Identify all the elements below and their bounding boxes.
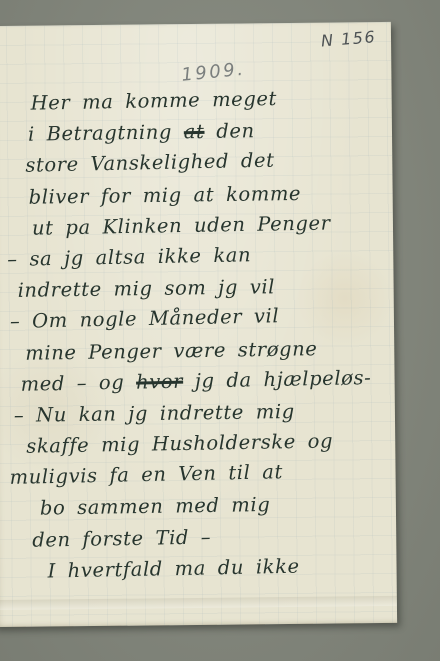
- handwriting-text: – Om nogle Måneder vil: [10, 305, 280, 334]
- handwriting-body: Her ma komme megeti Betragtning at denst…: [0, 84, 393, 587]
- letter-page: N 156 1909. Her ma komme megeti Betragtn…: [0, 22, 397, 627]
- handwriting-text: i Betragtning: [28, 120, 184, 145]
- struck-word: hvor: [136, 369, 183, 393]
- handwriting-text: bliver for mig at komme: [28, 181, 301, 208]
- handwriting-text: jg da hjælpeløs-: [183, 366, 372, 393]
- handwriting-text: Her ma komme meget: [30, 87, 277, 115]
- handwriting-text: bo sammen med mig: [40, 493, 271, 520]
- handwriting-text: indrette mig som jg vil: [17, 275, 275, 302]
- handwriting-text: den forste Tid –: [32, 525, 211, 551]
- handwriting-text: mine Penger være strøgne: [25, 337, 318, 365]
- date-annotation: 1909.: [180, 59, 246, 86]
- handwriting-line: – Om nogle Måneder vil: [10, 298, 391, 337]
- paper-crease: [0, 596, 397, 610]
- catalog-number: N 156: [320, 27, 376, 50]
- struck-word: at: [184, 120, 205, 143]
- handwriting-line: – sa jg altsa ikke kan: [7, 237, 390, 276]
- handwriting-line: I hvertfald ma du ikke: [47, 549, 393, 587]
- handwriting-text: muligvis fa en Ven til at: [9, 460, 283, 489]
- handwriting-text: den: [204, 119, 255, 143]
- handwriting-text: med – og: [20, 370, 136, 395]
- handwriting-text: – sa jg altsa ikke kan: [7, 243, 251, 271]
- handwriting-text: skaffe mig Husholderske og: [26, 429, 333, 457]
- handwriting-text: – Nu kan jg indrette mig: [14, 400, 295, 427]
- photo-background: N 156 1909. Her ma komme megeti Betragtn…: [0, 0, 440, 661]
- handwriting-text: store Vanskelighed det: [25, 149, 275, 177]
- handwriting-text: I hvertfald ma du ikke: [47, 555, 300, 583]
- handwriting-text: ut pa Klinken uden Penger: [32, 211, 331, 239]
- handwriting-line: med – og hvor jg da hjælpeløs-: [20, 361, 391, 399]
- handwriting-line: store Vanskelighed det: [25, 143, 389, 182]
